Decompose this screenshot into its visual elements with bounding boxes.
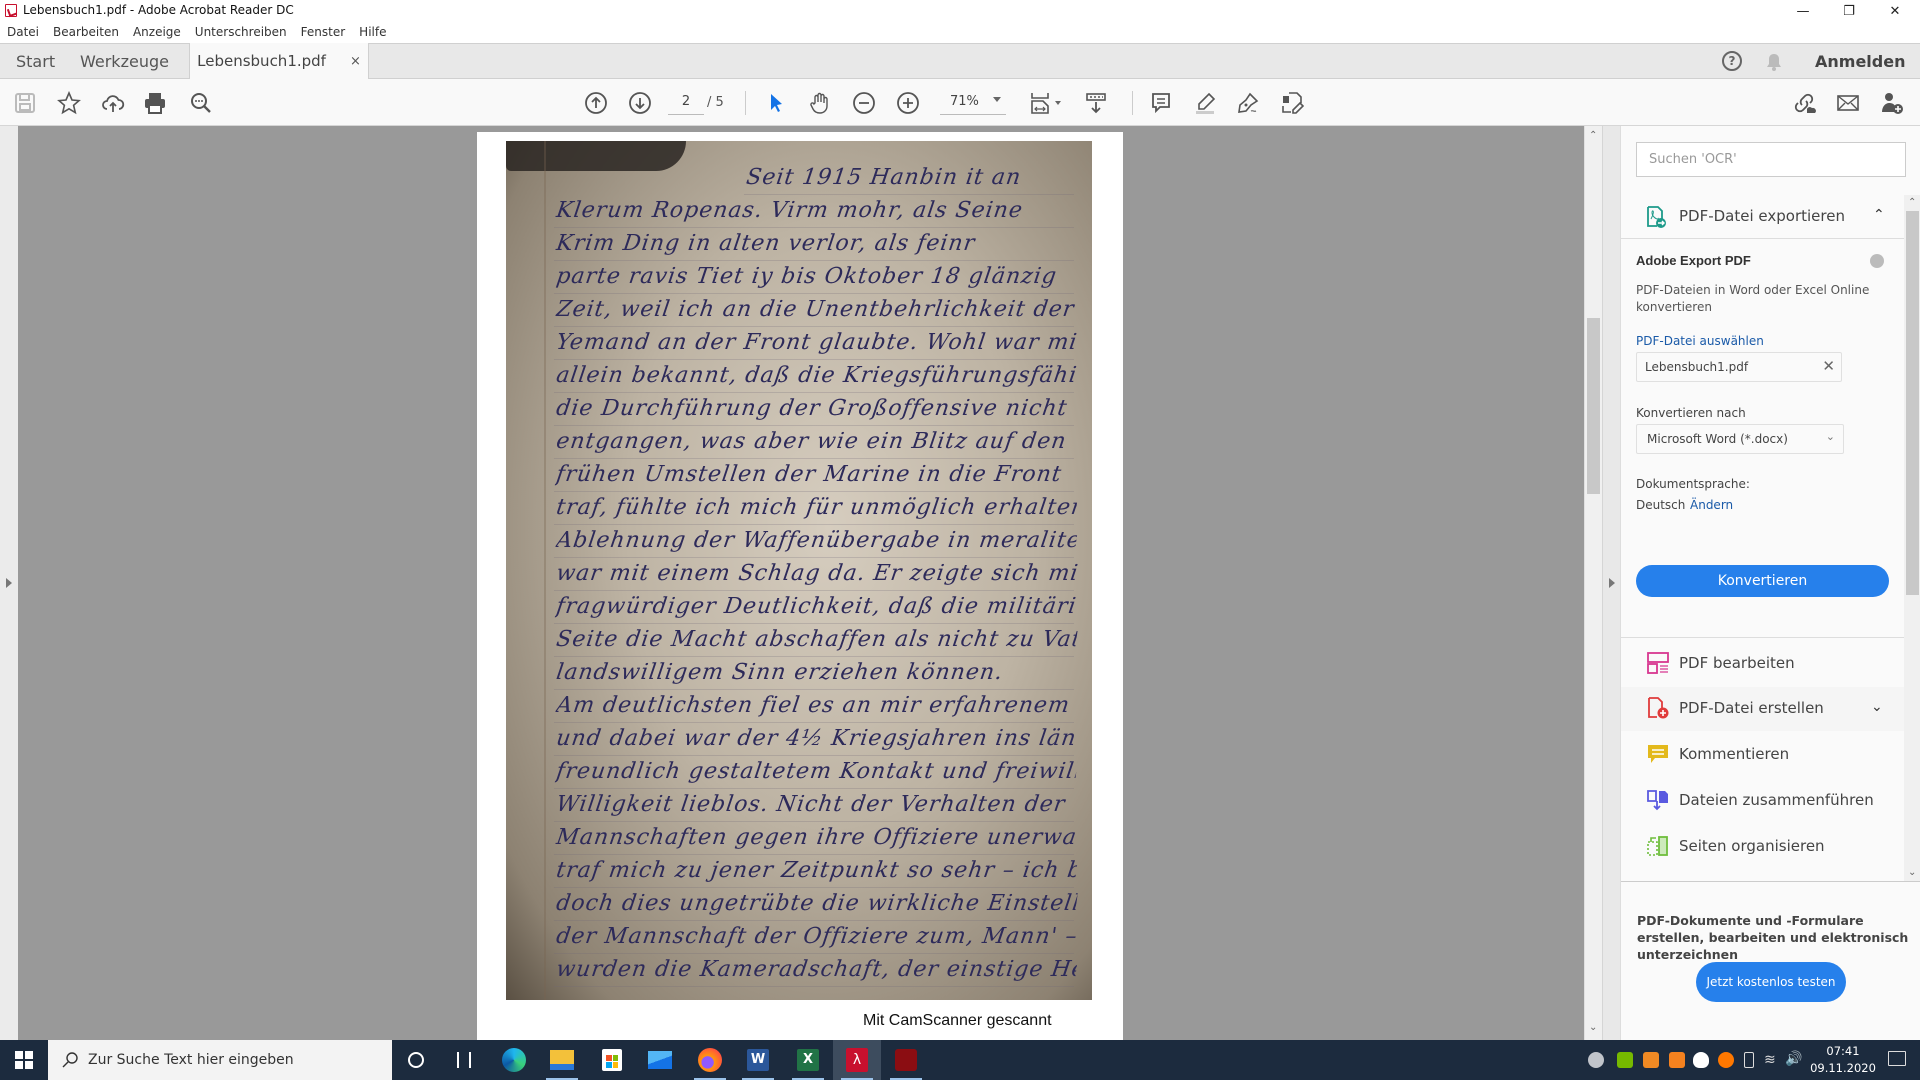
search-button[interactable] bbox=[187, 89, 215, 117]
handwriting-line: Willigkeit lieblos. Nicht der Verhalten … bbox=[554, 792, 1078, 822]
handwriting-line: Mannschaften gegen ihre Offiziere unerwa… bbox=[554, 825, 1078, 855]
excel-icon: X bbox=[797, 1049, 819, 1071]
menu-fenster[interactable]: Fenster bbox=[301, 22, 352, 43]
avast-icon[interactable] bbox=[1718, 1052, 1734, 1068]
acrobat-app-icon bbox=[5, 4, 17, 17]
windows-taskbar: Zur Suche Text hier eingeben W X λ ≋ 🔊 0… bbox=[0, 1040, 1920, 1080]
language-label: Dokumentsprache: bbox=[1636, 477, 1750, 491]
folder-icon bbox=[550, 1050, 574, 1070]
convert-to-label: Konvertieren nach bbox=[1636, 406, 1746, 420]
organize-pages-icon bbox=[1647, 835, 1669, 857]
scrollbar-thumb[interactable] bbox=[1906, 211, 1919, 595]
handwriting-line: traf, fühlte ich mich für unmöglich erha… bbox=[554, 495, 1078, 525]
menu-datei[interactable]: Datei bbox=[7, 22, 45, 43]
page-number-input[interactable]: 2 bbox=[668, 89, 704, 115]
zoom-level-select[interactable]: 71% bbox=[940, 89, 1006, 115]
hand-tool-button[interactable] bbox=[806, 89, 834, 117]
taskbar-file-explorer[interactable] bbox=[538, 1040, 586, 1080]
tool-label: Seiten organisieren bbox=[1679, 837, 1825, 855]
fill-sign-button[interactable] bbox=[1278, 89, 1306, 117]
scan-shadow bbox=[506, 141, 686, 171]
volume-icon[interactable]: 🔊 bbox=[1785, 1051, 1802, 1067]
usb-device-icon[interactable] bbox=[1744, 1052, 1754, 1068]
defender-shield-icon[interactable] bbox=[1693, 1052, 1709, 1068]
tools-pane-scrollbar[interactable]: ⌃ ⌄ bbox=[1904, 195, 1920, 881]
tool-combine-files[interactable]: Dateien zusammenführen bbox=[1621, 779, 1904, 823]
add-user-button[interactable] bbox=[1878, 89, 1906, 117]
fit-page-icon bbox=[1028, 91, 1052, 115]
scroll-up-icon[interactable]: ⌃ bbox=[1908, 197, 1916, 208]
minimize-icon: — bbox=[1797, 4, 1810, 19]
close-icon: ✕ bbox=[1890, 4, 1901, 19]
chevron-up-icon[interactable]: ⌃ bbox=[1873, 207, 1885, 223]
notebook-margin-line bbox=[544, 141, 546, 1000]
taskbar-excel[interactable]: X bbox=[784, 1040, 832, 1080]
zoom-out-button[interactable] bbox=[850, 89, 878, 117]
scrollbar-thumb[interactable] bbox=[1587, 318, 1600, 494]
tab-start[interactable]: Start bbox=[16, 44, 55, 78]
handwriting-line: Klerum Ropenas. Virm mohr, als Seine bbox=[554, 198, 1078, 228]
taskbar-word[interactable]: W bbox=[734, 1040, 782, 1080]
search-icon bbox=[189, 91, 213, 115]
print-icon bbox=[143, 91, 167, 115]
scroll-mode-icon bbox=[1084, 91, 1108, 115]
handwriting-line: allein bekannt, daß die Kriegsführungsfä… bbox=[554, 363, 1078, 393]
cloud-upload-icon bbox=[101, 91, 125, 115]
zoom-dropdown-caret-icon[interactable] bbox=[993, 97, 1001, 102]
taskbar-search-placeholder: Zur Suche Text hier eingeben bbox=[88, 1052, 294, 1068]
add-user-icon bbox=[1880, 91, 1904, 115]
store-icon bbox=[602, 1049, 622, 1071]
tool-label: Kommentieren bbox=[1679, 745, 1789, 763]
document-scrollbar[interactable]: ⌃ ⌄ bbox=[1584, 126, 1602, 1040]
notification-bell-icon[interactable] bbox=[1766, 52, 1782, 76]
comment-button[interactable] bbox=[1147, 89, 1175, 117]
handwriting-line: entgangen, was aber wie ein Blitz auf de… bbox=[554, 429, 1078, 459]
menu-bar: Datei Bearbeiten Anzeige Unterschreiben … bbox=[0, 22, 1920, 43]
tray-booster-icon[interactable] bbox=[1669, 1052, 1685, 1068]
pdf-page: Seit 1915 Hanbin it an Klerum Ropenas. V… bbox=[477, 132, 1123, 1052]
document-cloud-icon bbox=[1870, 254, 1884, 268]
handwriting-line: parte ravis Tiet iy bis Oktober 18 glänz… bbox=[554, 264, 1078, 294]
scroll-down-icon[interactable]: ⌄ bbox=[1908, 867, 1916, 878]
document-viewer[interactable]: Seit 1915 Hanbin it an Klerum Ropenas. V… bbox=[18, 126, 1584, 1040]
window-title: Lebensbuch1.pdf - Adobe Acrobat Reader D… bbox=[23, 3, 294, 17]
highlight-button[interactable] bbox=[1191, 89, 1219, 117]
minimize-button[interactable]: — bbox=[1780, 0, 1826, 22]
clock-time: 07:41 bbox=[1808, 1043, 1878, 1060]
taskbar-cortana[interactable] bbox=[392, 1040, 440, 1080]
handwriting-line: Zeit, weil ich an die Unentbehrlichkeit … bbox=[554, 297, 1078, 327]
previous-page-button[interactable] bbox=[582, 89, 610, 117]
convert-button[interactable]: Konvertieren bbox=[1636, 565, 1889, 597]
clear-file-icon[interactable]: ✕ bbox=[1822, 357, 1835, 375]
onedrive-error-icon[interactable] bbox=[1588, 1052, 1604, 1068]
bookmark-button[interactable] bbox=[55, 89, 83, 117]
task-view-icon bbox=[457, 1052, 471, 1068]
save-icon bbox=[13, 91, 37, 115]
handwriting-line: frühen Umstellen der Marine in die Front bbox=[554, 462, 1078, 492]
next-page-button[interactable] bbox=[626, 89, 654, 117]
acrobat-pro-icon bbox=[895, 1049, 917, 1071]
scanner-caption: Mit CamScanner gescannt bbox=[863, 1012, 1052, 1030]
cursor-icon bbox=[764, 91, 788, 115]
start-button[interactable] bbox=[0, 1040, 48, 1080]
cortana-icon bbox=[408, 1052, 424, 1068]
chevron-down-icon[interactable]: ⌄ bbox=[1871, 699, 1883, 715]
mail-icon bbox=[648, 1051, 672, 1069]
fit-page-caret-icon[interactable] bbox=[1055, 101, 1061, 105]
create-pdf-icon bbox=[1647, 697, 1669, 719]
tools-pane: Suchen 'OCR' PDF-Datei exportieren ⌃ Ado… bbox=[1620, 126, 1920, 1040]
handwriting-line: der Mannschaft der Offiziere zum, Mann' … bbox=[554, 924, 1078, 954]
taskbar-acrobat-reader[interactable]: λ bbox=[833, 1040, 881, 1080]
save-button[interactable] bbox=[11, 89, 39, 117]
clock-date: 09.11.2020 bbox=[1808, 1060, 1878, 1077]
taskbar-edge[interactable] bbox=[490, 1040, 538, 1080]
divider bbox=[1621, 637, 1904, 638]
tray-app-icon[interactable] bbox=[1643, 1052, 1659, 1068]
word-icon: W bbox=[747, 1049, 769, 1071]
export-pdf-header[interactable]: PDF-Datei exportieren ⌃ bbox=[1621, 195, 1904, 239]
action-center-icon[interactable] bbox=[1888, 1051, 1906, 1066]
right-pane-toggle[interactable] bbox=[1602, 126, 1620, 1040]
export-pdf-title: PDF-Datei exportieren bbox=[1679, 207, 1845, 225]
selected-file-name: Lebensbuch1.pdf bbox=[1645, 360, 1748, 374]
scroll-mode-button[interactable] bbox=[1082, 89, 1110, 117]
free-trial-button[interactable]: Jetzt kostenlos testen bbox=[1696, 962, 1846, 1002]
taskbar-acrobat-pro[interactable] bbox=[882, 1040, 930, 1080]
tool-comment[interactable]: Kommentieren bbox=[1621, 733, 1904, 777]
acrobat-reader-icon: λ bbox=[846, 1048, 868, 1072]
sign-button[interactable] bbox=[1234, 89, 1262, 117]
nvidia-icon[interactable] bbox=[1617, 1052, 1633, 1068]
upload-button[interactable] bbox=[99, 89, 127, 117]
handwriting-line: Seite die Macht abschaffen als nicht zu … bbox=[554, 627, 1078, 657]
upsell-footer: PDF-Dokumente und -Formulare erstellen, … bbox=[1621, 881, 1920, 1040]
comment-icon bbox=[1149, 91, 1173, 115]
highlight-pen-icon bbox=[1193, 91, 1217, 115]
chevron-down-icon: ⌄ bbox=[1826, 430, 1835, 443]
handwriting-line: Ablehnung der Waffenübergabe in meralite… bbox=[554, 528, 1078, 558]
share-link-button[interactable] bbox=[1790, 89, 1818, 117]
zoom-out-icon bbox=[852, 91, 876, 115]
main-toolbar: 2 / 5 71% bbox=[0, 79, 1920, 126]
tab-document-label: Lebensbuch1.pdf bbox=[197, 52, 326, 70]
tab-document[interactable]: Lebensbuch1.pdf × bbox=[189, 43, 369, 79]
search-icon bbox=[62, 1052, 78, 1068]
tool-edit-pdf[interactable]: PDF bearbeiten bbox=[1621, 642, 1904, 686]
taskbar-mail[interactable] bbox=[636, 1040, 684, 1080]
divider bbox=[1132, 91, 1133, 115]
page-total: / 5 bbox=[707, 95, 724, 110]
selected-file-field[interactable]: Lebensbuch1.pdf ✕ bbox=[1636, 352, 1842, 382]
title-bar: Lebensbuch1.pdf - Adobe Acrobat Reader D… bbox=[0, 0, 1920, 22]
handwriting-line: Krim Ding in alten verlor, als feinr bbox=[554, 231, 1078, 261]
zoom-in-button[interactable] bbox=[894, 89, 922, 117]
star-icon bbox=[57, 91, 81, 115]
close-window-button[interactable]: ✕ bbox=[1872, 0, 1918, 22]
handwriting-line: fragwürdiger Deutlichkeit, daß die milit… bbox=[554, 594, 1078, 624]
zoom-in-icon bbox=[896, 91, 920, 115]
export-description: PDF-Dateien in Word oder Excel Online ko… bbox=[1636, 282, 1886, 316]
signin-button[interactable]: Anmelden bbox=[1815, 44, 1905, 78]
tool-label: PDF bearbeiten bbox=[1679, 654, 1795, 672]
arrow-up-circle-icon bbox=[584, 91, 608, 115]
taskbar-task-view[interactable] bbox=[440, 1040, 488, 1080]
close-tab-icon[interactable]: × bbox=[350, 54, 361, 69]
collapse-right-pane-icon[interactable] bbox=[1609, 578, 1615, 588]
handwriting-line: doch dies ungetrübte die wirkliche Einst… bbox=[554, 891, 1078, 921]
fountain-pen-icon bbox=[1236, 91, 1260, 115]
format-select[interactable]: Microsoft Word (*.docx) ⌄ bbox=[1636, 424, 1844, 454]
handwriting-line: die Durchführung der Großoffensive nicht bbox=[554, 396, 1078, 426]
tool-organize-pages[interactable]: Seiten organisieren bbox=[1621, 825, 1904, 869]
restore-icon: ❐ bbox=[1843, 4, 1855, 19]
menu-hilfe[interactable]: Hilfe bbox=[359, 22, 392, 43]
format-select-value: Microsoft Word (*.docx) bbox=[1647, 432, 1788, 446]
expand-left-pane-icon[interactable] bbox=[6, 578, 12, 588]
menu-unterschreiben[interactable]: Unterschreiben bbox=[195, 22, 293, 43]
upsell-text: PDF-Dokumente und -Formulare erstellen, … bbox=[1637, 912, 1912, 963]
wifi-icon[interactable]: ≋ bbox=[1764, 1052, 1776, 1068]
scroll-down-icon[interactable]: ⌄ bbox=[1589, 1022, 1597, 1033]
menu-bearbeiten[interactable]: Bearbeiten bbox=[53, 22, 125, 43]
menu-anzeige[interactable]: Anzeige bbox=[133, 22, 187, 43]
export-heading: Adobe Export PDF bbox=[1636, 253, 1751, 268]
handwriting-line: und dabei war der 4½ Kriegsjahren ins lä… bbox=[554, 726, 1078, 756]
restore-button[interactable]: ❐ bbox=[1826, 0, 1872, 22]
hand-icon bbox=[808, 91, 832, 115]
share-link-icon bbox=[1792, 91, 1816, 115]
handwriting-line: Seit 1915 Hanbin it an bbox=[744, 165, 1078, 195]
handwriting-line: traf mich zu jener Zeitpunkt so sehr – i… bbox=[554, 858, 1078, 888]
combine-files-icon bbox=[1647, 789, 1669, 811]
handwriting-line: Yemand an der Front glaubte. Wohl war mi… bbox=[554, 330, 1078, 360]
print-button[interactable] bbox=[141, 89, 169, 117]
handwriting-line: freundlich gestaltetem Kontakt und freiw… bbox=[554, 759, 1078, 789]
tool-search-input[interactable]: Suchen 'OCR' bbox=[1636, 142, 1906, 177]
scanned-handwriting-image: Seit 1915 Hanbin it an Klerum Ropenas. V… bbox=[506, 141, 1092, 1000]
tool-label: Dateien zusammenführen bbox=[1679, 791, 1874, 809]
scroll-up-icon[interactable]: ⌃ bbox=[1589, 130, 1597, 141]
handwriting-line: wurden die Kameradschaft, der einstige H… bbox=[554, 957, 1078, 987]
change-language-link[interactable]: Ändern bbox=[1690, 498, 1733, 512]
tab-bar: Start Werkzeuge Lebensbuch1.pdf × ? Anme… bbox=[0, 43, 1920, 79]
windows-logo-icon bbox=[15, 1051, 33, 1069]
taskbar-firefox[interactable] bbox=[686, 1040, 734, 1080]
firefox-icon bbox=[698, 1048, 722, 1072]
taskbar-search-box[interactable]: Zur Suche Text hier eingeben bbox=[48, 1040, 392, 1080]
fill-sign-icon bbox=[1280, 91, 1304, 115]
select-tool-button[interactable] bbox=[762, 89, 790, 117]
edge-icon bbox=[502, 1048, 526, 1072]
divider bbox=[745, 91, 746, 115]
handwriting-line: war mit einem Schlag da. Er zeigte sich … bbox=[554, 561, 1078, 591]
edit-pdf-icon bbox=[1647, 652, 1669, 674]
taskbar-store[interactable] bbox=[588, 1040, 636, 1080]
left-pane-toggle[interactable] bbox=[0, 126, 18, 1040]
system-clock[interactable]: 07:41 09.11.2020 bbox=[1808, 1043, 1878, 1077]
select-pdf-link[interactable]: PDF-Datei auswählen bbox=[1636, 334, 1764, 348]
tab-tools[interactable]: Werkzeuge bbox=[80, 44, 169, 78]
language-value: Deutsch bbox=[1636, 498, 1685, 512]
export-pdf-icon bbox=[1645, 206, 1667, 228]
comment-icon bbox=[1647, 743, 1669, 765]
handwriting-line: landswilligem Sinn erziehen können. bbox=[554, 660, 1078, 690]
tool-label: PDF-Datei erstellen bbox=[1679, 699, 1824, 717]
help-icon[interactable]: ? bbox=[1722, 51, 1742, 71]
email-button[interactable] bbox=[1834, 89, 1862, 117]
fit-page-button[interactable] bbox=[1026, 89, 1054, 117]
handwriting-line: Am deutlichsten fiel es an mir erfahrene… bbox=[554, 693, 1078, 723]
email-icon bbox=[1836, 91, 1860, 115]
arrow-down-circle-icon bbox=[628, 91, 652, 115]
tool-create-pdf[interactable]: PDF-Datei erstellen ⌄ bbox=[1621, 687, 1904, 731]
